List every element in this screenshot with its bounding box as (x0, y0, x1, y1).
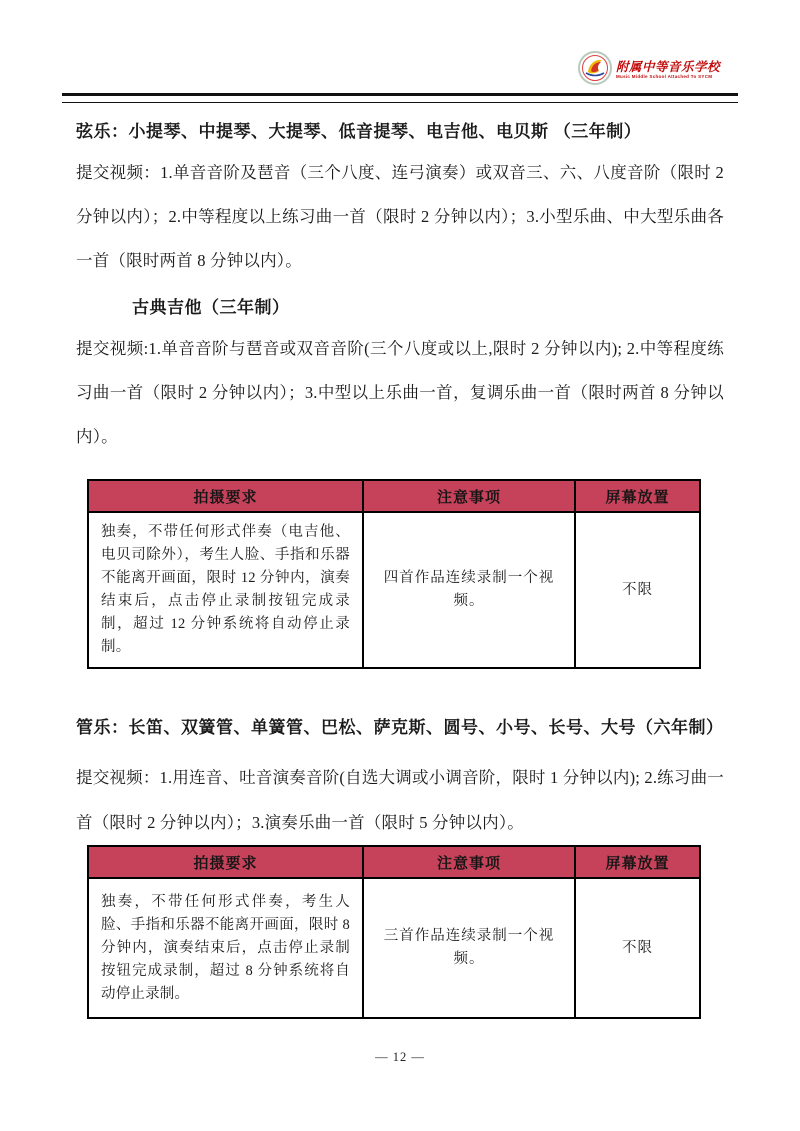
heading-classical-guitar: 古典吉他（三年制） (76, 295, 724, 321)
school-emblem-icon (578, 51, 612, 90)
table-1-cell-shooting: 独奏，不带任何形式伴奏（电吉他、电贝司除外），考生人脸、手指和乐器不能离开画面，… (88, 512, 363, 668)
heading-winds-section: 管乐：长笛、双簧管、单簧管、巴松、萨克斯、圆号、小号、长号、大号（六年制） (76, 705, 724, 751)
table-2-data-row: 独奏，不带任何形式伴奏，考生人脸、手指和乐器不能离开画面，限时 8 分钟内，演奏… (88, 878, 700, 1018)
paragraph-classical-guitar-requirements: 提交视频:1.单音音阶与琶音或双音音阶(三个八度或以上,限时 2 分钟以内); … (76, 327, 724, 459)
table-1-cell-note: 四首作品连续录制一个视频。 (363, 512, 575, 668)
table-1-header-shooting: 拍摄要求 (88, 480, 363, 512)
table-2-header-shooting: 拍摄要求 (88, 846, 363, 878)
school-name-chinese: 附属中等音乐学校 (616, 61, 720, 74)
table-2-cell-shooting: 独奏，不带任何形式伴奏，考生人脸、手指和乐器不能离开画面，限时 8 分钟内，演奏… (88, 878, 363, 1018)
table-2-header-notes: 注意事项 (363, 846, 575, 878)
table-1-data-row: 独奏，不带任何形式伴奏（电吉他、电贝司除外），考生人脸、手指和乐器不能离开画面，… (88, 512, 700, 668)
school-logo: 附属中等音乐学校 Music Middle School Attached To… (578, 50, 720, 90)
table-2-cell-screen: 不限 (575, 878, 700, 1018)
paragraph-strings-requirements: 提交视频：1.单音音阶及琶音（三个八度、连弓演奏）或双音三、六、八度音阶（限时 … (76, 151, 724, 283)
table-2-header-row: 拍摄要求 注意事项 屏幕放置 (88, 846, 700, 878)
table-2-header-screen: 屏幕放置 (575, 846, 700, 878)
table-1-header-screen: 屏幕放置 (575, 480, 700, 512)
shooting-requirements-table-2: 拍摄要求 注意事项 屏幕放置 独奏，不带任何形式伴奏，考生人脸、手指和乐器不能离… (87, 845, 701, 1019)
shooting-requirements-table-1: 拍摄要求 注意事项 屏幕放置 独奏，不带任何形式伴奏（电吉他、电贝司除外），考生… (87, 479, 701, 669)
paragraph-winds-requirements: 提交视频：1.用连音、吐音演奏音阶(自选大调或小调音阶，限时 1 分钟以内); … (76, 755, 724, 845)
document-page: 附属中等音乐学校 Music Middle School Attached To… (0, 0, 800, 1131)
heading-strings-section: 弦乐：小提琴、中提琴、大提琴、低音提琴、电吉他、电贝斯 （三年制） (76, 119, 724, 145)
page-number: — 12 — (0, 1050, 800, 1065)
page-content: 弦乐：小提琴、中提琴、大提琴、低音提琴、电吉他、电贝斯 （三年制） 提交视频：1… (76, 99, 724, 1019)
table-1-cell-screen: 不限 (575, 512, 700, 668)
table-2-cell-note: 三首作品连续录制一个视频。 (363, 878, 575, 1018)
table-1-header-row: 拍摄要求 注意事项 屏幕放置 (88, 480, 700, 512)
table-1-header-notes: 注意事项 (363, 480, 575, 512)
school-name-english: Music Middle School Attached To SYCM (616, 75, 720, 80)
